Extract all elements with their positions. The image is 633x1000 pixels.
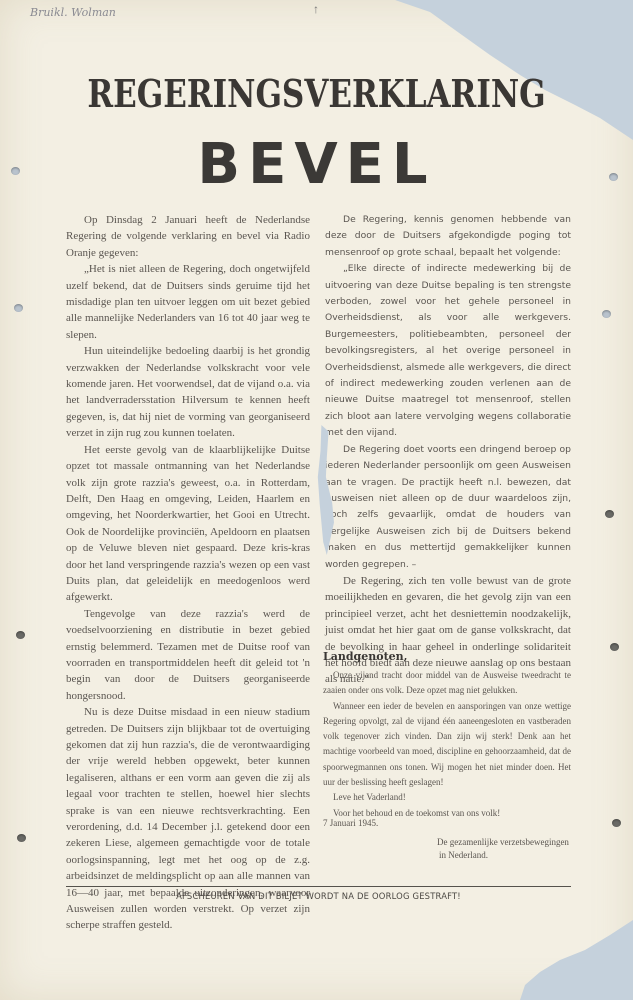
signature: De gezamenlijke verzetsbewegingen in Ned… (437, 836, 569, 862)
appeal-heading: Landgenoten, (323, 650, 407, 663)
paragraph: Het eerste gevolg van de klaarblijkelijk… (66, 442, 310, 606)
appeal-text: Onze vijand tracht door middel van de Au… (323, 668, 571, 821)
left-column: Op Dinsdag 2 Januari heeft de Nederlands… (66, 212, 310, 934)
punch-hole (602, 310, 611, 318)
signature-line: De gezamenlijke verzetsbewegingen (437, 836, 569, 849)
poster-title: REGERINGSVERKLARING (0, 72, 633, 117)
paragraph: Op Dinsdag 2 Januari heeft de Nederlands… (66, 212, 310, 261)
right-column: De Regering, kennis genomen hebbende van… (325, 212, 571, 688)
paragraph: Onze vijand tracht door middel van de Au… (323, 668, 571, 699)
punch-hole (610, 643, 619, 651)
poster-subtitle: BEVEL (0, 132, 633, 197)
date: 7 Januari 1945. (323, 818, 378, 828)
paragraph: Tengevolge van deze razzia's werd de voe… (66, 606, 310, 704)
paragraph: Wanneer een ieder de bevelen en aanspori… (323, 699, 571, 791)
paragraph: De Regering, kennis genomen hebbende van… (325, 212, 571, 261)
punch-hole (14, 304, 23, 312)
punch-hole (16, 631, 25, 639)
paragraph: „Elke directe of indirecte medewerking b… (325, 261, 571, 441)
divider (66, 886, 571, 887)
paragraph: Leve het Vaderland! (323, 790, 571, 805)
handwritten-annotation: Bruikl. Wolman (30, 6, 116, 19)
punch-hole (609, 173, 618, 181)
punch-hole (605, 510, 614, 518)
punch-hole (612, 819, 621, 827)
punch-hole (11, 167, 20, 175)
fold-mark: ↑ (313, 2, 319, 17)
paragraph: Hun uiteindelijke bedoeling daarbij is h… (66, 343, 310, 441)
signature-line: in Nederland. (437, 849, 569, 862)
paragraph: De Regering doet voorts een dringend ber… (325, 442, 571, 573)
paragraph: „Het is niet alleen de Regering, doch on… (66, 261, 310, 343)
footer-warning: AFSCHEUREN VAN DIT BILJET WORDT NA DE OO… (66, 891, 571, 901)
punch-hole (17, 834, 26, 842)
